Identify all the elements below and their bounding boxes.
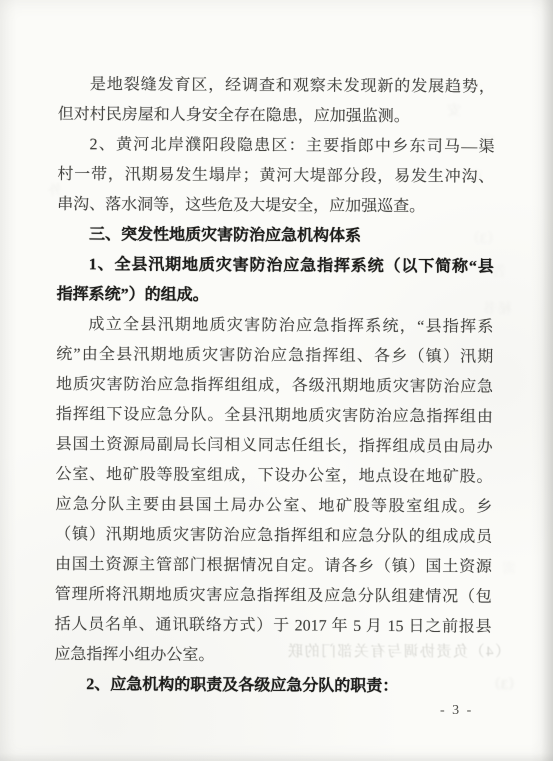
text-line: 指挥组下设应急分队。全县汛期地质灾害防治应急指挥组由 xyxy=(56,400,493,433)
text-line: （镇）汛期地质灾害防治应急指挥组和应急分队的组成成员 xyxy=(55,520,492,553)
text-line: 但对村民房屋和人身安全存在隐患，应加强监测。 xyxy=(58,100,495,133)
text-line: 管理所将汛期地质灾害应急指挥组及应急分队组建情况（包 xyxy=(55,580,492,613)
text-line: 地质灾害防治应急指挥组组成，各级汛期地质灾害防治应急 xyxy=(56,370,493,403)
text-line: 统”由全县汛期地质灾害防治应急指挥组、各乡（镇）汛期 xyxy=(56,340,493,373)
text-line: 县国土资源局副局长闫相义同志任组长，指挥组成员由局办 xyxy=(56,430,493,463)
text-line: 村一带，汛期易发生塌岸；黄河大堤部分段，易发生冲沟、 xyxy=(57,160,494,193)
text-line: 指挥系统”）的组成。 xyxy=(57,280,494,313)
scan-edge-shadow-right xyxy=(541,0,553,761)
page-number: - 3 - xyxy=(440,703,473,719)
ink-smudge: 需 xyxy=(502,558,516,578)
text-line: 公室、地矿股等股室组成，下设办公室，地点设在地矿股。 xyxy=(55,460,492,493)
text-line: 由国土资源主管部门根据情况自定。请各乡（镇）国土资源 xyxy=(55,550,492,583)
text-line: 2、黄河北岸濮阳段隐患区：主要指郎中乡东司马—渠 xyxy=(57,130,494,163)
scan-edge-shadow-bottom xyxy=(0,753,553,761)
text-line: 应急指挥小组办公室。 xyxy=(54,640,491,673)
text-line: 成立全县汛期地质灾害防治应急指挥系统，“县指挥系 xyxy=(56,310,493,343)
text-line: 串沟、落水洞等，这些危及大堤安全，应加强巡查。 xyxy=(57,190,494,223)
ink-smudge: （3） xyxy=(487,674,522,694)
text-line: 2、应急机构的职责及各级应急分队的职责： xyxy=(54,670,491,703)
text-line: 括人员名单、通讯联络方式）于 2017 年 5 月 15 日之前报县 xyxy=(55,610,492,643)
text-line: 是地裂缝发育区，经调查和观察未发现新的发展趋势， xyxy=(58,70,495,103)
text-line: 应急分队主要由县国土局办公室、地矿股等股室组成。乡 xyxy=(55,490,492,523)
text-line: 1、全县汛期地质灾害防治应急指挥系统（以下简称“县 xyxy=(57,250,494,283)
document-body: 是地裂缝发育区，经调查和观察未发现新的发展趋势，但对村民房屋和人身安全存在隐患，… xyxy=(54,70,495,703)
ink-smudge: 告 xyxy=(492,261,506,281)
scanned-document-page: 是地裂缝发育区，经调查和观察未发现新的发展趋势，但对村民房屋和人身安全存在隐患，… xyxy=(0,0,553,761)
text-line: 三、突发性地质灾害防治应急机构体系 xyxy=(57,220,494,253)
